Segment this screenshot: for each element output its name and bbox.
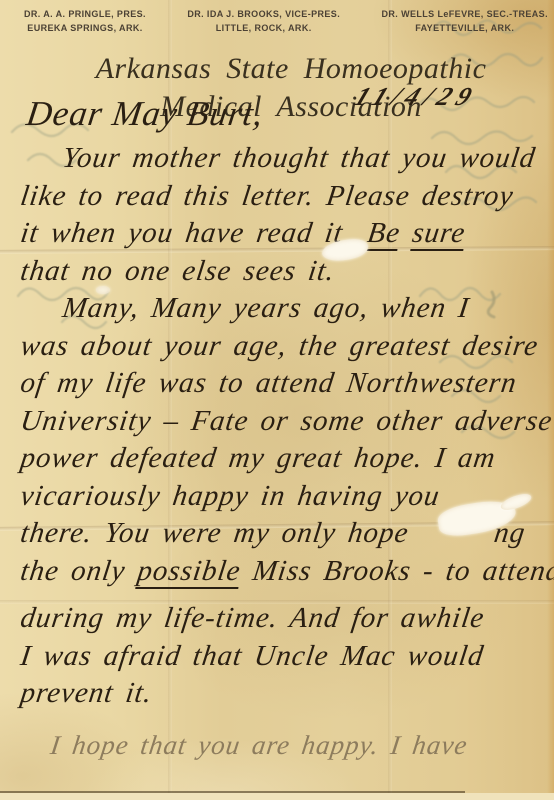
officer-city: EUREKA SPRINGS, ARK. (24, 22, 146, 36)
officer-name: DR. IDA J. BROOKS, VICE-PRES. (187, 8, 340, 22)
letter-line: it when you have read it Be sure (18, 215, 554, 253)
letter-line: that no one else sees it. (18, 253, 554, 291)
letter-text: it when you have read it (18, 217, 369, 249)
officer-city: LITTLE, ROCK, ARK. (187, 22, 340, 36)
letter-line: power defeated my great hope. I am (18, 440, 554, 478)
paper-damage-patch (96, 286, 110, 294)
letter-text: the only (18, 555, 139, 587)
letter-text: University – Fate or some other adverse (18, 405, 554, 437)
letter-text: Your mother thought that you would (60, 142, 537, 174)
underlined-word: possible (135, 555, 243, 589)
officers-row: DR. A. A. PRINGLE, PRES. EUREKA SPRINGS,… (24, 8, 548, 36)
letter-line: Your mother thought that you would (18, 140, 554, 178)
letter-line: I was afraid that Uncle Mac would (18, 638, 554, 676)
letter-text: was about your age, the greatest desire (18, 330, 540, 362)
letter-text: power defeated my great hope. I am (18, 442, 497, 474)
letter-line: the only possible Miss Brooks - to atten… (18, 553, 554, 591)
letter-line: I hope that you are happy. I have (18, 727, 554, 765)
letter-text: Miss Brooks - to attend (238, 555, 554, 587)
letter-text: that no one else sees it. (18, 255, 337, 287)
letter-text: I hope that you are happy. I have (49, 730, 470, 760)
letter-page: DR. A. A. PRINGLE, PRES. EUREKA SPRINGS,… (0, 0, 554, 800)
letter-body: Your mother thought that you wouldlike t… (18, 140, 552, 764)
salutation: Dear May Burt, (24, 94, 266, 134)
letter-line: Many, Many years ago, when I (18, 290, 554, 328)
letter-text: of my life was to attend Northwestern (18, 367, 518, 399)
handwritten-date: 11/4/29 (350, 82, 482, 112)
letter-line: during my life-time. And for awhile (18, 600, 554, 638)
letter-line: like to read this letter. Please destroy (18, 178, 554, 216)
letter-text: Many, Many years ago, when I (60, 292, 471, 324)
officer-president: DR. A. A. PRINGLE, PRES. EUREKA SPRINGS,… (24, 8, 146, 36)
officer-name: DR. WELLS LeFEVRE, SEC.-TREAS. (381, 8, 548, 22)
officer-name: DR. A. A. PRINGLE, PRES. (24, 8, 146, 22)
officer-vice-president: DR. IDA J. BROOKS, VICE-PRES. LITTLE, RO… (187, 8, 340, 36)
letter-text: like to read this letter. Please destroy (18, 180, 515, 212)
letter-line: University – Fate or some other adverse (18, 403, 554, 441)
page-bottom-edge (0, 793, 554, 800)
letter-text: vicariously happy in having you (18, 480, 442, 512)
letter-text: during my life-time. And for awhile (18, 602, 486, 634)
letter-text: I was afraid that Uncle Mac would (18, 640, 485, 672)
page-right-edge (547, 0, 554, 800)
letter-line: prevent it. (18, 675, 554, 713)
letter-line: of my life was to attend Northwestern (18, 365, 554, 403)
letter-line: was about your age, the greatest desire (18, 328, 554, 366)
letter-text: prevent it. (18, 677, 154, 709)
underlined-word: sure (410, 217, 468, 251)
officer-city: FAYETTEVILLE, ARK. (381, 22, 548, 36)
officer-sec-treas: DR. WELLS LeFEVRE, SEC.-TREAS. FAYETTEVI… (381, 8, 548, 36)
